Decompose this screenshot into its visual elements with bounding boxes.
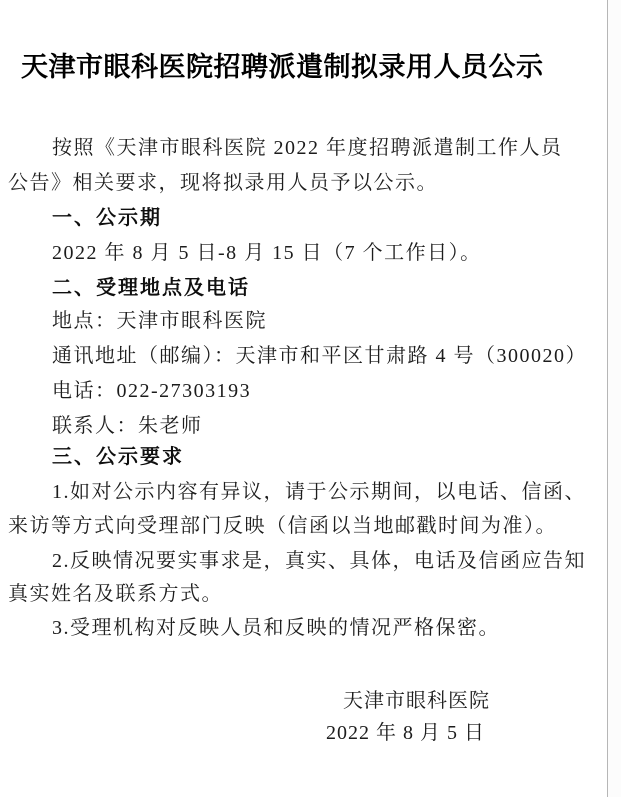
- document-page: 天津市眼科医院招聘派遣制拟录用人员公示 按照《天津市眼科医院 2022 年度招聘…: [0, 0, 621, 797]
- section3-item2-line1: 2.反映情况要实事求是，真实、具体，电话及信函应告知: [52, 550, 586, 573]
- section2-heading: 二、受理地点及电话: [52, 277, 250, 300]
- section2-address: 通讯地址（邮编）：天津市和平区甘肃路 4 号（300020）: [52, 345, 587, 368]
- section2-contact-person: 联系人：朱老师: [52, 415, 203, 438]
- page-edge-line: [607, 0, 621, 797]
- document-title: 天津市眼科医院招聘派遣制拟录用人员公示: [21, 52, 544, 82]
- section3-item1-line1: 1.如对公示内容有异议，请于公示期间，以电话、信函、: [52, 481, 586, 504]
- section1-heading: 一、公示期: [52, 207, 162, 230]
- intro-line-2: 公告》相关要求，现将拟录用人员予以公示。: [8, 172, 438, 195]
- section2-phone: 电话：022-27303193: [52, 380, 251, 403]
- section3-item3: 3.受理机构对反映人员和反映的情况严格保密。: [52, 617, 500, 640]
- signature-date: 2022 年 8 月 5 日: [326, 722, 485, 745]
- section3-item2-line2: 真实姓名及联系方式。: [8, 583, 223, 606]
- intro-line-1: 按照《天津市眼科医院 2022 年度招聘派遣制工作人员: [52, 137, 563, 160]
- section3-item1-line2: 来访等方式向受理部门反映（信函以当地邮戳时间为准）。: [8, 515, 557, 538]
- section3-heading: 三、公示要求: [52, 446, 184, 469]
- section1-body: 2022 年 8 月 5 日-8 月 15 日（7 个工作日）。: [52, 242, 482, 265]
- signature-organization: 天津市眼科医院: [343, 690, 490, 713]
- section2-location: 地点：天津市眼科医院: [52, 310, 267, 333]
